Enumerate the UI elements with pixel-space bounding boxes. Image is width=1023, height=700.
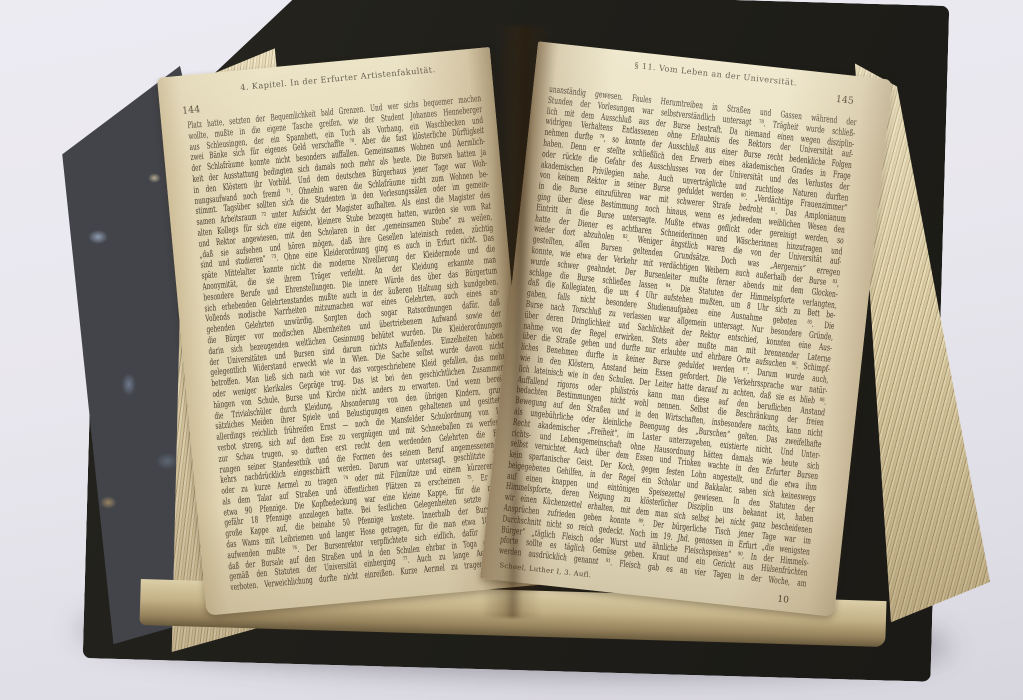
left-page-shading: [157, 47, 539, 616]
left-page: 4. Kapitel. In der Erfurter Artistenfaku…: [157, 47, 539, 616]
book-photo: 4. Kapitel. In der Erfurter Artistenfaku…: [0, 0, 1023, 700]
